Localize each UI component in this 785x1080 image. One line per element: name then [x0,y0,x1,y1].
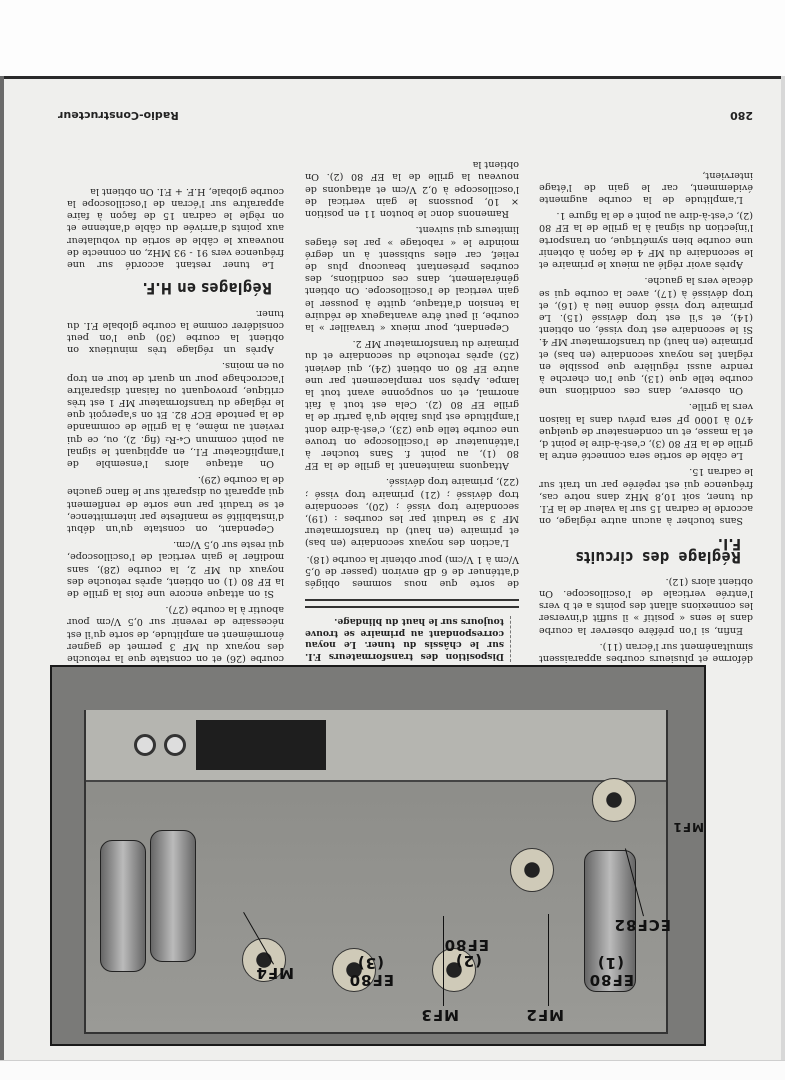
paragraph: Cependant, pour mieux « travailler » la … [305,223,519,333]
label-mf3: MF3 [420,1006,459,1024]
jack-socket [134,734,156,756]
label-mf1: MF1 [673,820,705,834]
scanner-top-margin [0,0,785,79]
paragraph: Le tuner restant accordé sur une fréquen… [67,185,284,270]
label-ef80-1-num: (1) [597,954,624,972]
label-ecf82: ECF82 [614,916,671,934]
tube-glass [150,830,196,962]
page-number: 280 [730,109,753,122]
text-column-1: déforme et plusieurs courbes apparaissen… [539,164,753,664]
paragraph: courbe (26) et on constate que la retouc… [67,603,284,664]
page-right-edge [781,76,785,1060]
leader-line-mf2 [548,914,549,1006]
paragraph: L'amplitude de la courbe augmente évidem… [539,168,753,205]
scanner-bottom-margin [0,1060,785,1080]
paragraph: Ramenons donc le bouton 11 en position ×… [305,158,519,219]
paragraph: de sorte que nous sommes obligés d'attén… [305,552,519,589]
label-mf2: MF2 [525,1006,564,1024]
section-heading-fi: Réglage des circuits F.I. [575,538,741,562]
paragraph: Après un réglage très minutieux on obtie… [67,306,284,355]
paragraph: Le câble de sortie sera connecté entre l… [539,400,753,461]
photo-caption: Disposition des transformateurs F.I. sur… [305,616,511,662]
section-heading-hf: Réglages en H.F. [104,282,272,294]
label-ef80-3-num: (3) [357,954,384,972]
text-column-2: Disposition des transformateurs F.I. sur… [305,154,519,664]
label-mf4: MF4 [255,964,294,982]
paragraph: Sans toucher à aucun autre réglage, on a… [539,465,753,526]
label-ef80-1: EF80 [589,971,634,989]
paragraph: L'action des noyaux secondaire (en bas) … [305,475,519,548]
paragraph: Après avoir réglé au mieux le primaire e… [539,209,753,270]
paragraph: Cependant, on constate qu'un début d'ins… [67,473,284,534]
paragraph: On attaque alors l'ensemble de l'amplifi… [67,359,284,469]
magazine-page: MF2 MF3 EF80 (1) EF80 (2) EF80 (3) MF4 E… [4,79,781,1060]
label-ef80-3: EF80 [349,971,394,989]
paragraph: Attaquons maintenant la grille de la EF … [305,337,519,471]
tuner-chassis-photo: MF2 MF3 EF80 (1) EF80 (2) EF80 (3) MF4 E… [50,665,706,1046]
if-transformer-top [510,848,554,892]
leader-line-mf3 [443,916,444,1006]
tube-glass [100,840,146,972]
journal-name: Radio-Constructeur [58,109,179,122]
paragraph: Si on attaque encore une fois la grille … [67,538,284,599]
double-rule-divider [305,599,519,608]
jack-socket [164,734,186,756]
terminal-plate [196,720,326,770]
if-transformer-top [592,778,636,822]
paragraph: Enfin, si l'on préfère observer la courb… [539,575,753,636]
paragraph: On observe, dans ces conditions une cour… [539,274,753,396]
text-column-3: courbe (26) et on constate que la retouc… [67,181,284,664]
label-ef80-2-num: (2) [455,952,482,970]
paragraph: déforme et plusieurs courbes apparaissen… [539,640,753,664]
